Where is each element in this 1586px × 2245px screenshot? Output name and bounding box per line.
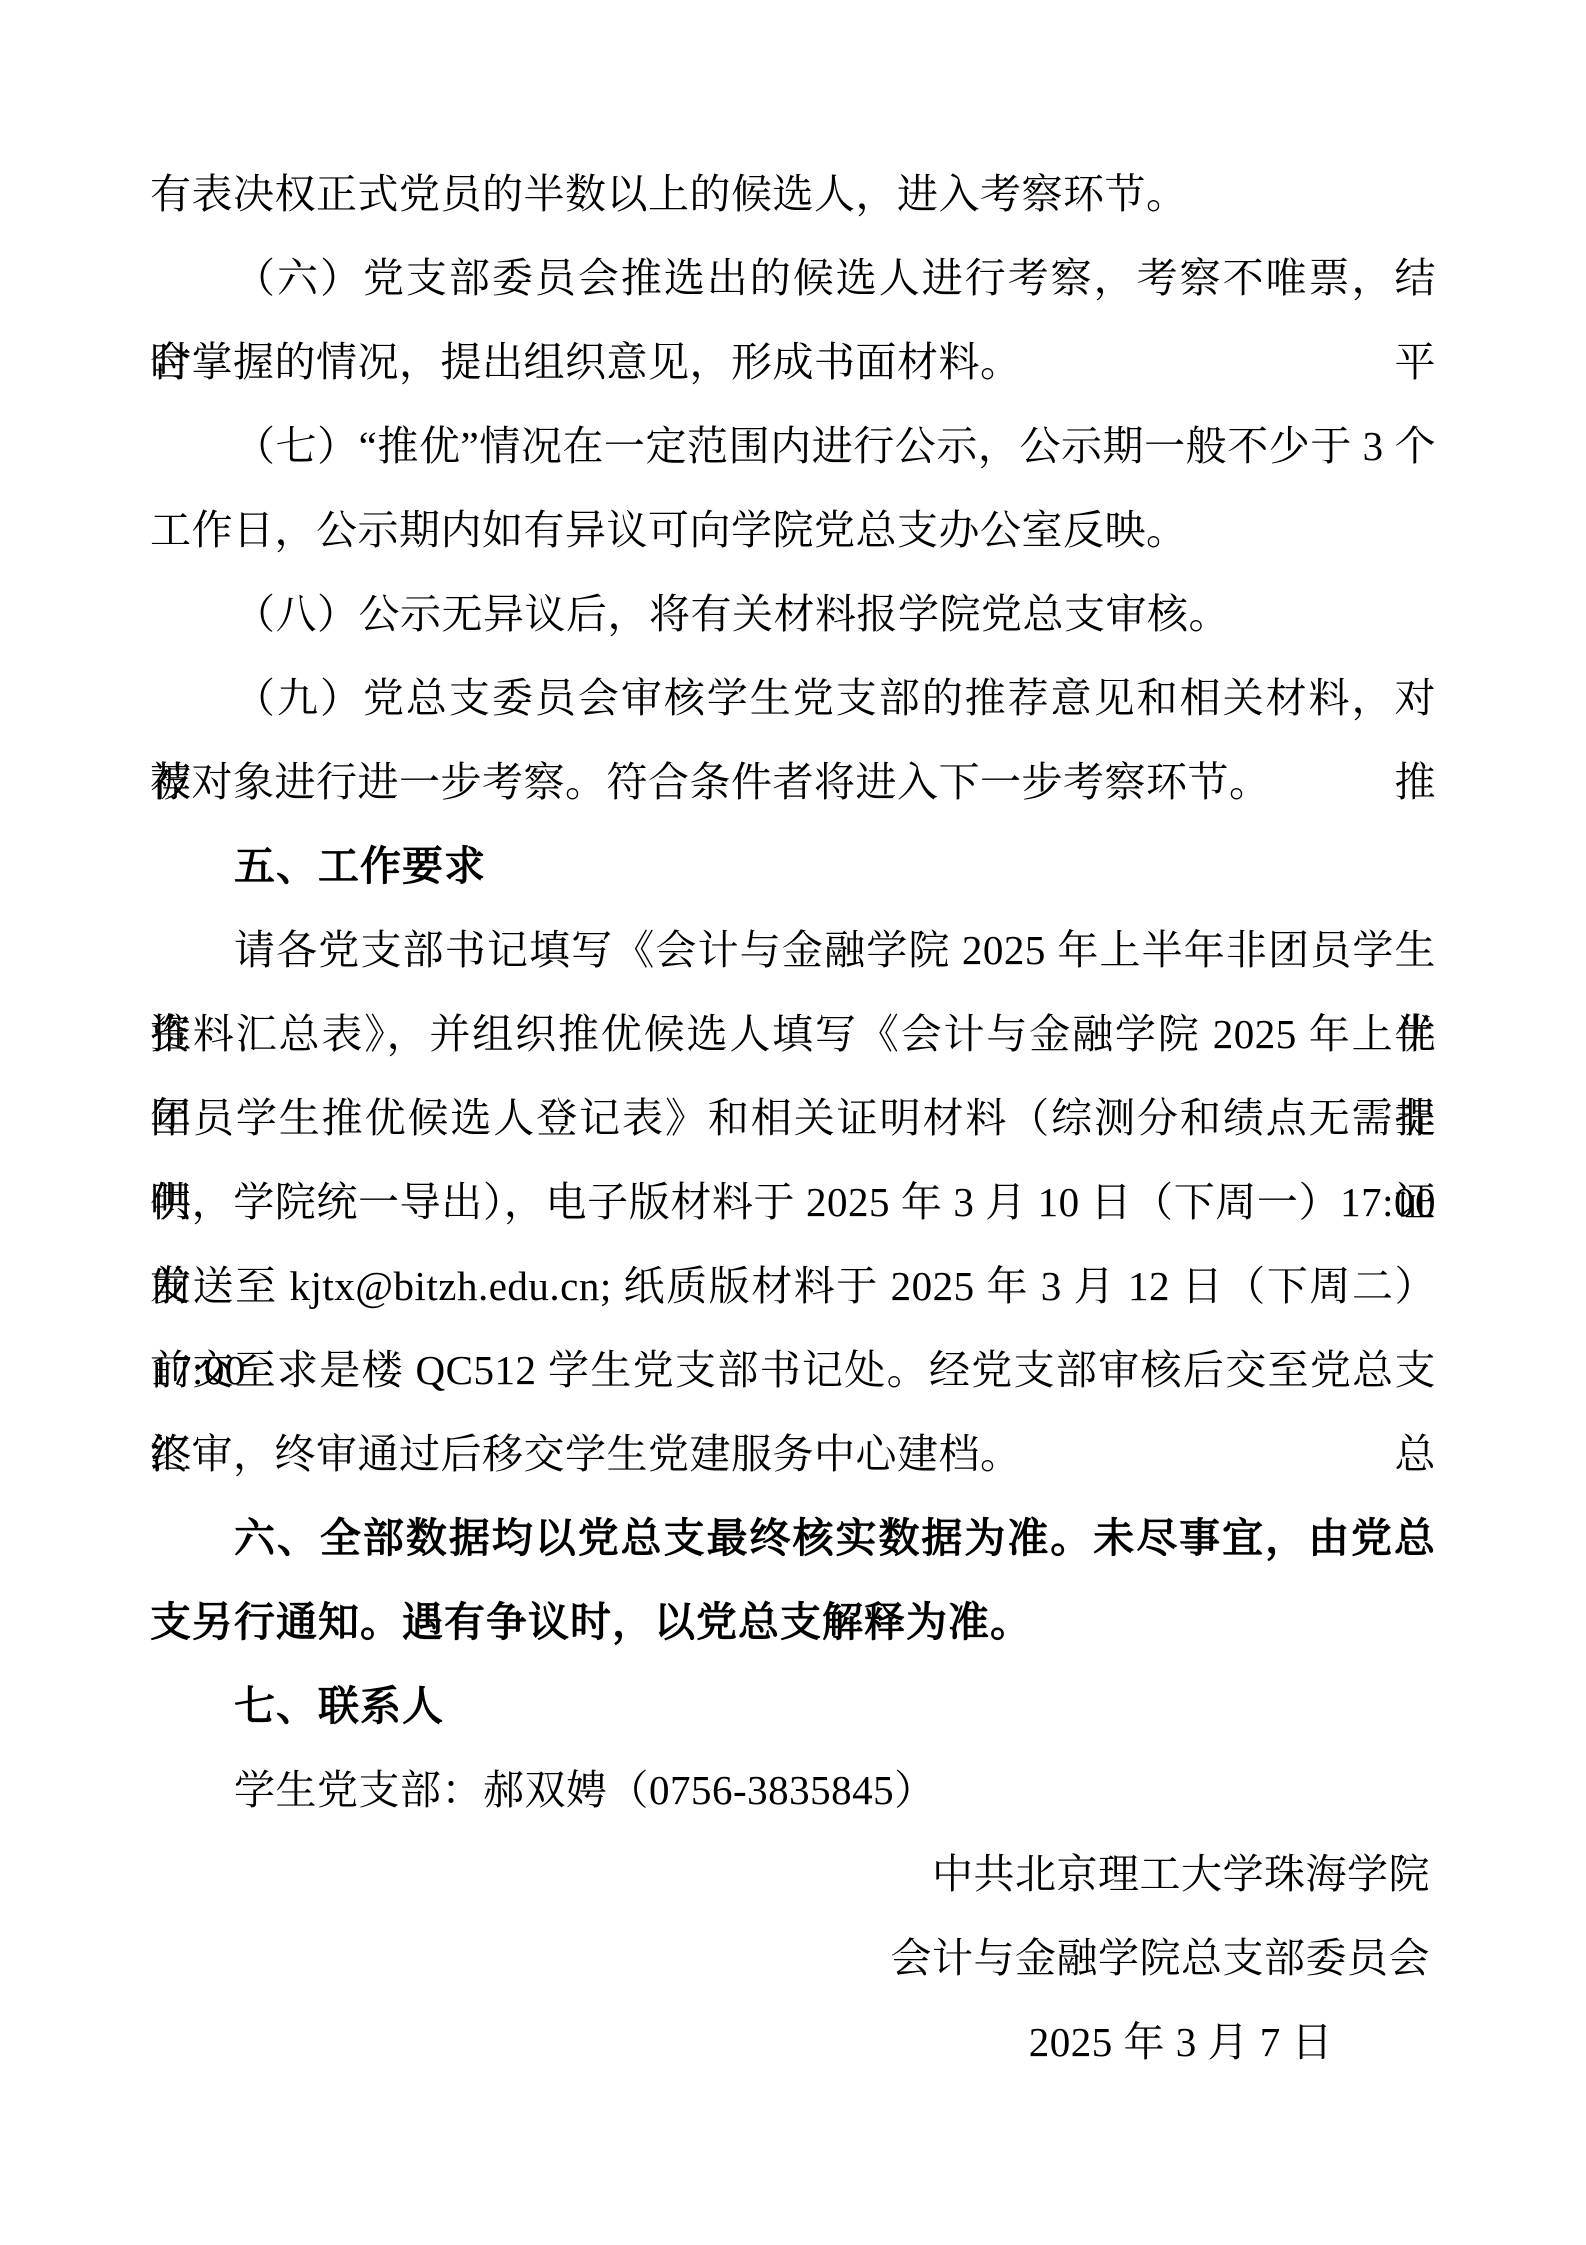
section-heading-data-disclaimer: 六、全部数据均以党总支最终核实数据为准。未尽事宜，由党总 <box>150 1496 1436 1580</box>
body-line: （九）党总支委员会审核学生党支部的推荐意见和相关材料，对被推 <box>150 656 1436 740</box>
body-line: 请各党支部书记填写《会计与金融学院 2025 年上半年非团员学生推优 <box>150 908 1436 992</box>
body-line: 明，学院统一导出），电子版材料于 2025 年 3 月 10 日（下周一）17:… <box>150 1160 1436 1244</box>
document-page: 有表决权正式党员的半数以上的候选人，进入考察环节。 （六）党支部委员会推选出的候… <box>0 0 1586 2245</box>
body-line: 有表决权正式党员的半数以上的候选人，进入考察环节。 <box>150 152 1436 236</box>
contact-line: 学生党支部：郝双娉（0756-3835845） <box>150 1748 1436 1832</box>
section-heading-contact: 七、联系人 <box>150 1664 1436 1748</box>
body-line-bold: 支另行通知。遇有争议时，以党总支解释为准。 <box>150 1580 1436 1664</box>
body-line: 工作日，公示期内如有异议可向学院党总支办公室反映。 <box>150 488 1436 572</box>
body-line: 资料汇总表》，并组织推优候选人填写《会计与金融学院 2025 年上半年非 <box>150 992 1436 1076</box>
body-line-with-email: 发送至 kjtx@bitzh.edu.cn; 纸质版材料于 2025 年 3 月… <box>150 1244 1436 1328</box>
body-line: 团员学生推优候选人登记表》和相关证明材料（综测分和绩点无需提供证 <box>150 1076 1436 1160</box>
section-heading-work-requirements: 五、工作要求 <box>150 824 1436 908</box>
body-line: （八）公示无异议后，将有关材料报学院党总支审核。 <box>150 572 1436 656</box>
signature-org-line-1: 中共北京理工大学珠海学院 <box>150 1832 1436 1916</box>
signature-org-line-2: 会计与金融学院总支部委员会 <box>150 1916 1436 2000</box>
body-line: 前交至求是楼 QC512 学生党支部书记处。经党支部审核后交至党总支汇总 <box>150 1328 1436 1412</box>
body-line: （六）党支部委员会推选出的候选人进行考察，考察不唯票，结合平 <box>150 236 1436 320</box>
signature-date: 2025 年 3 月 7 日 <box>150 2000 1436 2084</box>
document-content: 有表决权正式党员的半数以上的候选人，进入考察环节。 （六）党支部委员会推选出的候… <box>150 152 1436 2084</box>
body-line: 荐对象进行进一步考察。符合条件者将进入下一步考察环节。 <box>150 740 1436 824</box>
body-line: （七）“推优”情况在一定范围内进行公示，公示期一般不少于 3 个 <box>150 404 1436 488</box>
